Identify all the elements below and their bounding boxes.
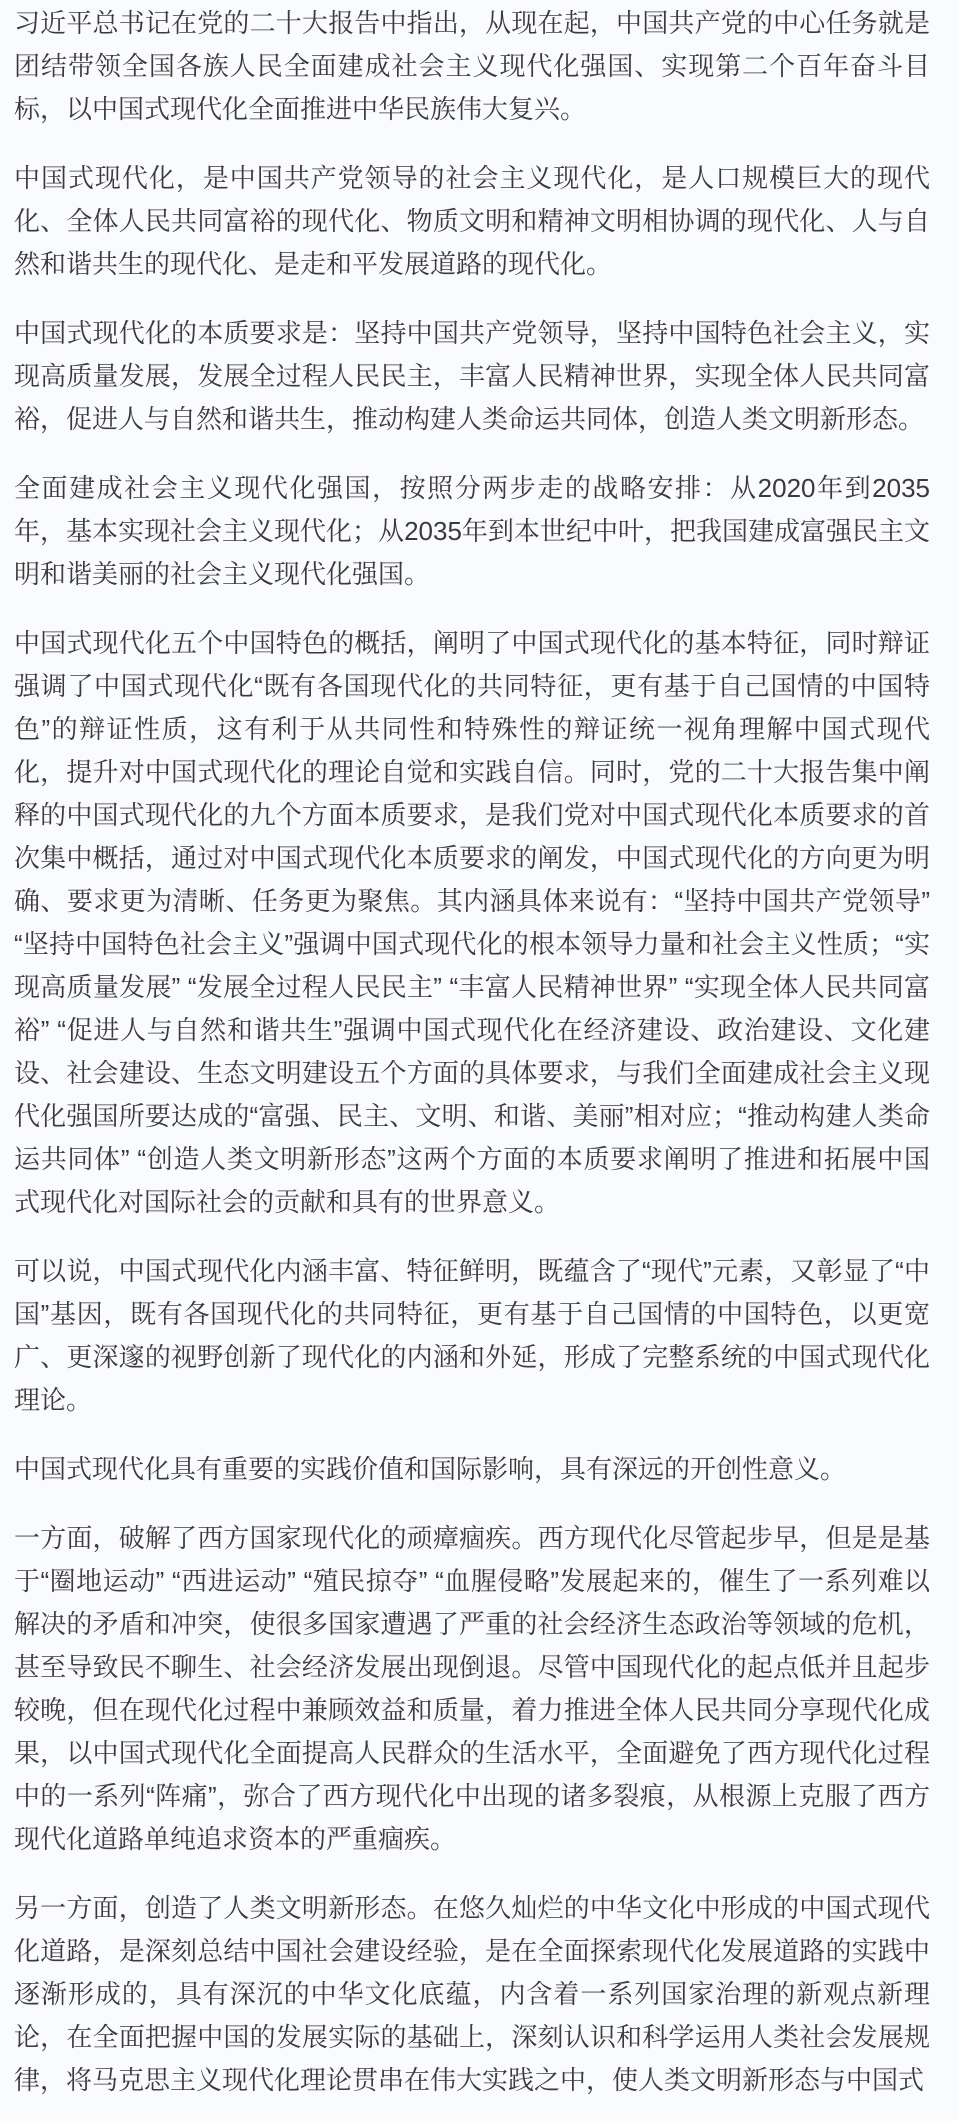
article-content: 习近平总书记在党的二十大报告中指出，从现在起，中国共产党的中心任务就是团结带领全… [0, 0, 958, 2121]
paragraph: 中国式现代化，是中国共产党领导的社会主义现代化，是人口规模巨大的现代化、全体人民… [14, 157, 930, 286]
paragraph: 中国式现代化的本质要求是：坚持中国共产党领导，坚持中国特色社会主义，实现高质量发… [14, 312, 930, 441]
paragraph: 中国式现代化五个中国特色的概括，阐明了中国式现代化的基本特征，同时辩证强调了中国… [14, 622, 930, 1224]
paragraph: 全面建成社会主义现代化强国，按照分两步走的战略安排：从2020年到2035年，基… [14, 467, 930, 596]
paragraph: 可以说，中国式现代化内涵丰富、特征鲜明，既蕴含了“现代”元素，又彰显了“中国”基… [14, 1250, 930, 1422]
paragraph: 习近平总书记在党的二十大报告中指出，从现在起，中国共产党的中心任务就是团结带领全… [14, 2, 930, 131]
paragraph: 另一方面，创造了人类文明新形态。在悠久灿烂的中华文化中形成的中国式现代化道路，是… [14, 1887, 930, 2102]
paragraph: 一方面，破解了西方国家现代化的顽瘴痼疾。西方现代化尽管起步早，但是是基于“圈地运… [14, 1517, 930, 1861]
page: { "article": { "language": "zh-CN", "col… [0, 0, 958, 2121]
paragraph: 中国式现代化具有重要的实践价值和国际影响，具有深远的开创性意义。 [14, 1448, 930, 1491]
